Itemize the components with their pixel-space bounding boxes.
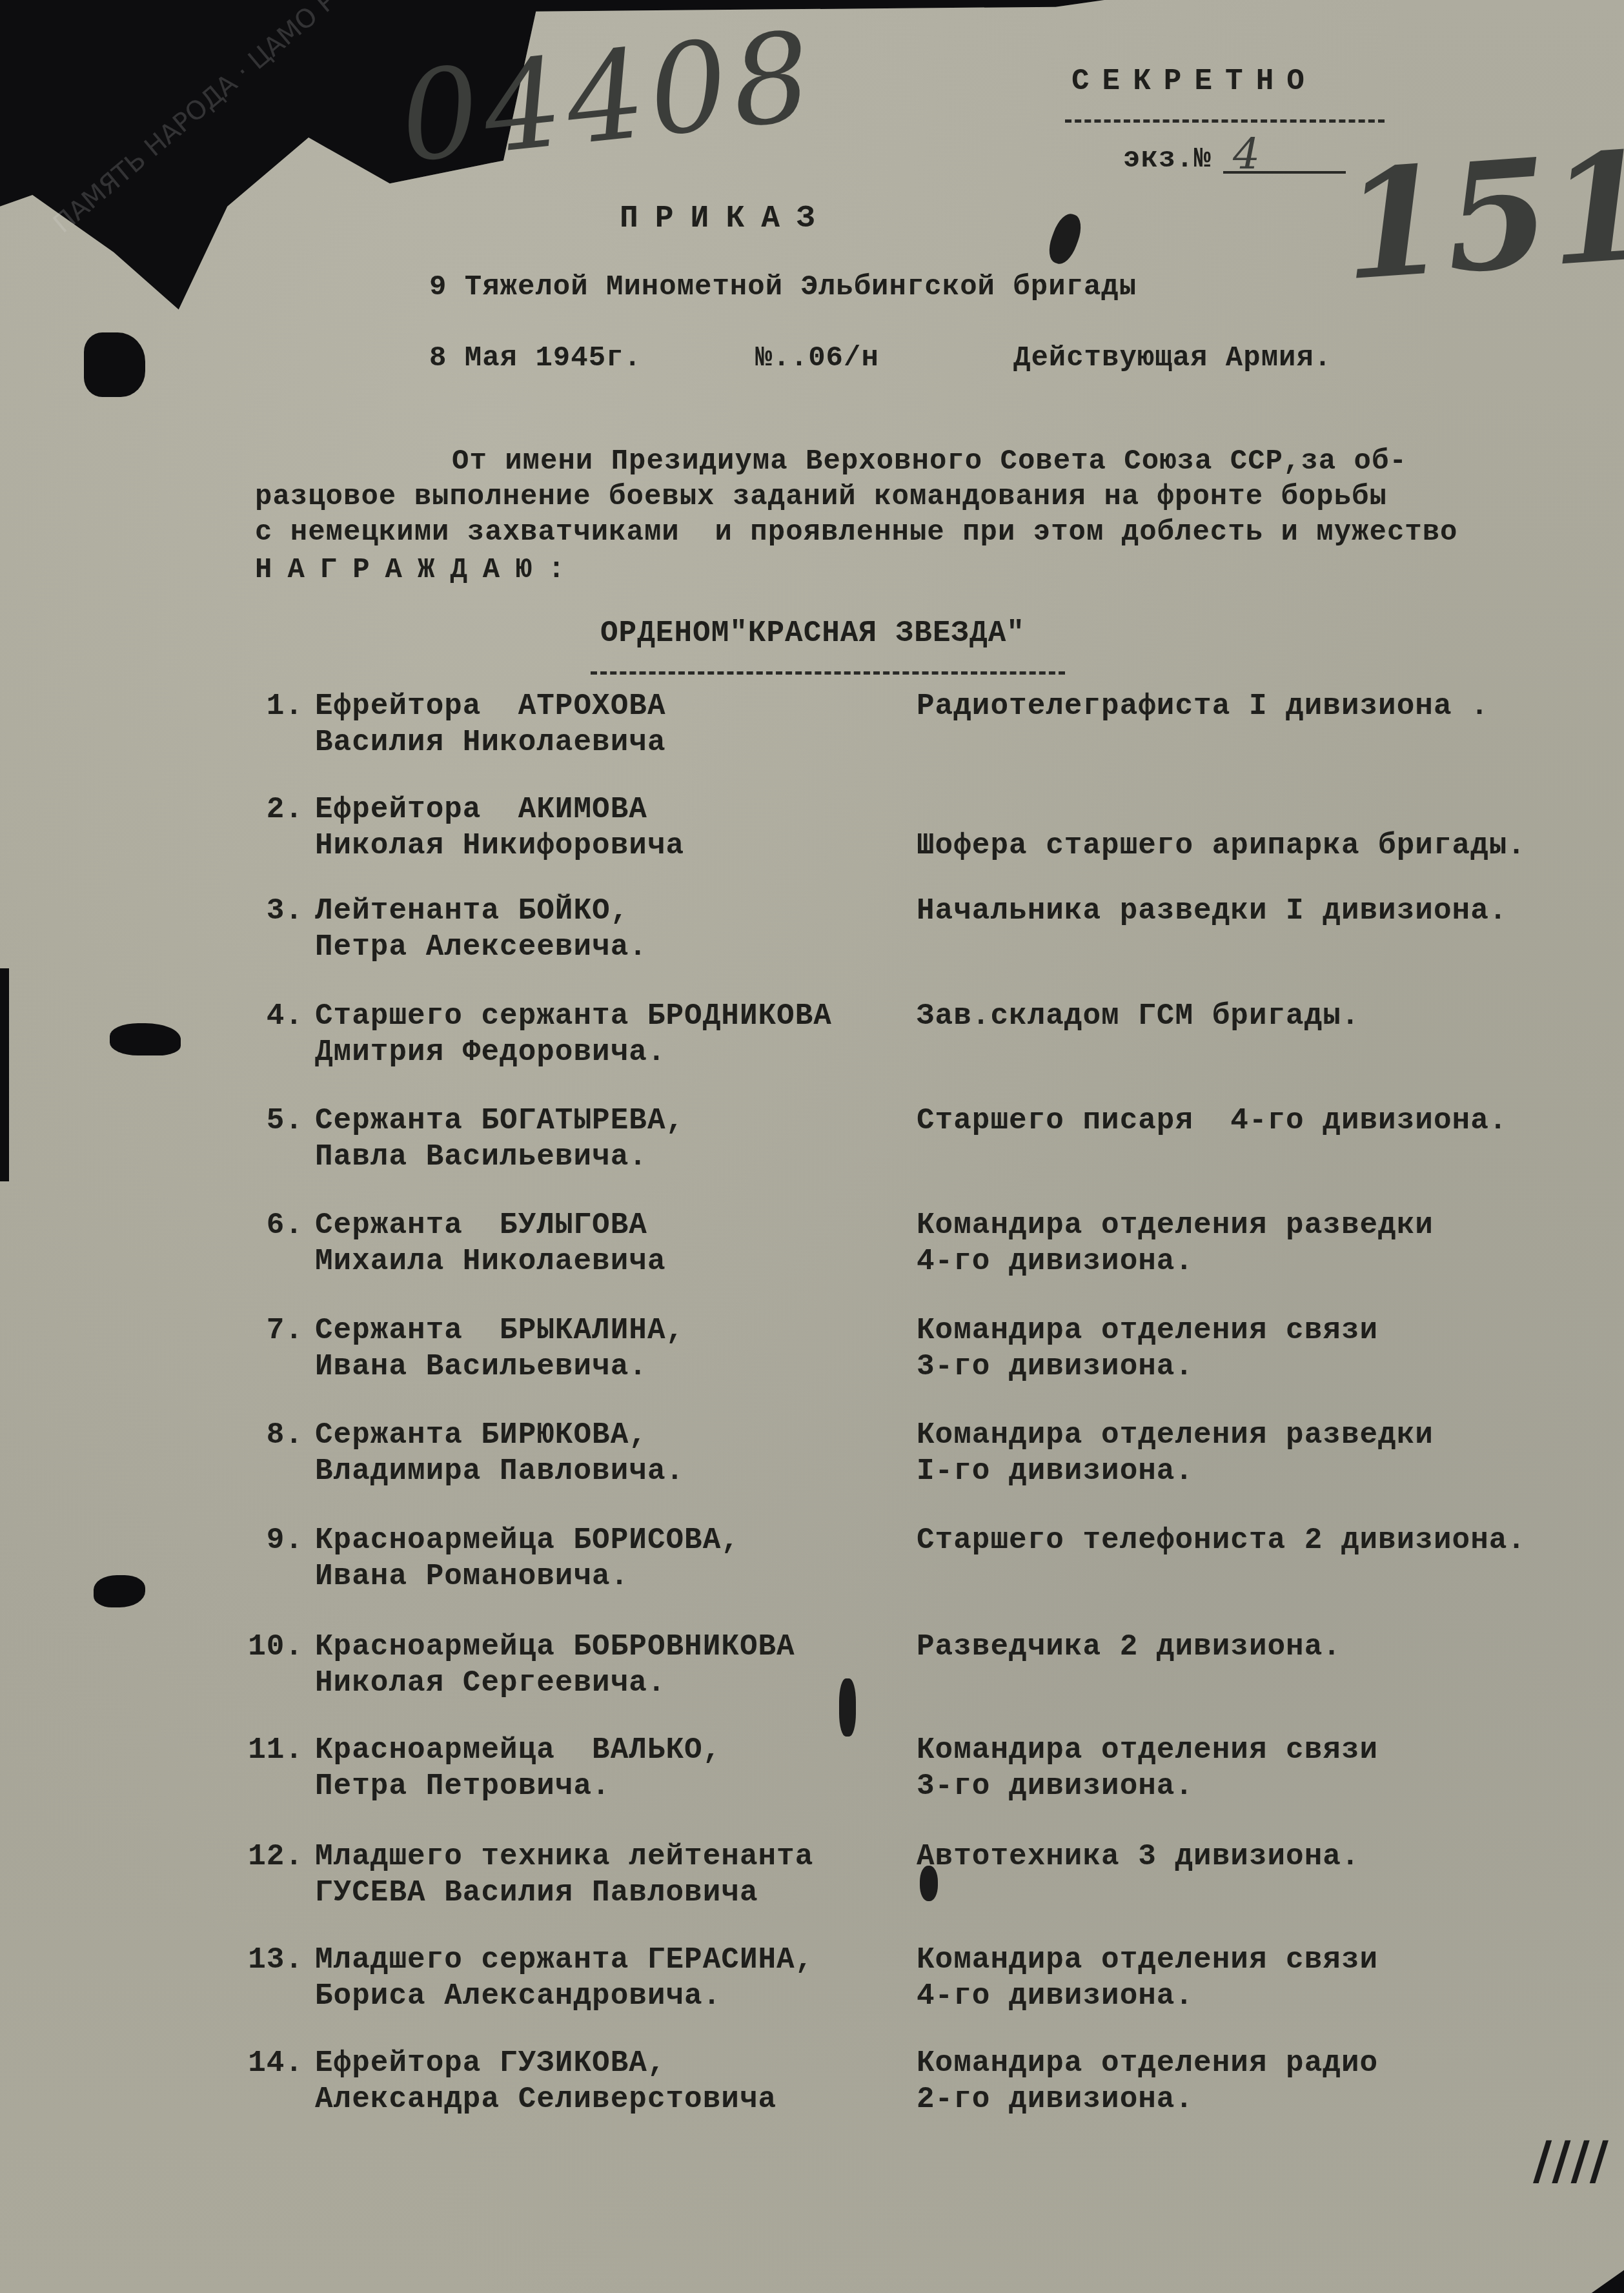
item-number: 11. (232, 1733, 303, 1767)
list-item: 9. Красноармейца БОРИСОВА, Ивана Романов… (0, 1524, 1624, 1601)
paper-hole-left-1 (84, 332, 145, 397)
awardee-position: Командира отделения разведки (917, 1208, 1434, 1242)
awardee-rank-surname: Младшего сержанта ГЕРАСИНА, (315, 1943, 813, 1977)
awardee-given-names: Петра Алексеевича. (315, 930, 647, 964)
awardee-position: Радиотелеграфиста I дивизиона . (917, 689, 1489, 723)
item-number: 4. (232, 999, 303, 1033)
list-item: 7. Сержанта БРЫКАЛИНА, Ивана Васильевича… (0, 1314, 1624, 1391)
paper-hole-top-left (0, 0, 213, 90)
award-heading: ОРДЕНОМ"КРАСНАЯ ЗВЕЗДА" (600, 617, 1025, 650)
awardee-given-names: Петра Петровича. (315, 1769, 611, 1803)
awardee-rank-surname: Ефрейтора АТРОХОВА (315, 689, 666, 723)
list-item: 14. Ефрейтора ГУЗИКОВА, Александра Селив… (0, 2046, 1624, 2124)
copy-label: экз.№ (1123, 143, 1212, 176)
preamble-line-3: с немецкими захватчиками и проявленные п… (255, 516, 1458, 549)
awardee-position: Старшего телефониста 2 дивизиона. (917, 1524, 1526, 1557)
awardee-position: Командира отделения связи (917, 1733, 1378, 1767)
item-number: 2. (232, 793, 303, 826)
classification-divider (1065, 119, 1385, 123)
list-item: 2. Ефрейтора АКИМОВА Николая Никифорович… (0, 793, 1624, 870)
item-number: 3. (232, 894, 303, 928)
awardee-given-names: Павла Васильевича. (315, 1140, 647, 1174)
awardee-rank-surname: Лейтенанта БОЙКО, (315, 894, 629, 928)
list-item: 6. Сержанта БУЛЫГОВА Михаила Николаевича… (0, 1208, 1624, 1286)
item-number: 7. (232, 1314, 303, 1347)
awardee-position: Командира отделения связи (917, 1314, 1378, 1347)
awardee-rank-surname: Сержанта БИРЮКОВА, (315, 1418, 647, 1452)
order-title: ПРИКАЗ (620, 201, 832, 236)
awardee-given-names: Бориса Александровича. (315, 1979, 721, 2013)
list-item: 3. Лейтенанта БОЙКО, Петра Алексеевича. … (0, 894, 1624, 972)
order-date: 8 Мая 1945г. (429, 342, 642, 374)
awardee-given-names: Дмитрия Федоровича. (315, 1035, 666, 1069)
awardee-position-cont: 2-го дивизиона. (917, 2083, 1193, 2116)
awardee-position-cont: 3-го дивизиона. (917, 1769, 1193, 1803)
awardee-position: Начальника разведки I дивизиона. (917, 894, 1507, 928)
list-item: 5. Сержанта БОГАТЫРЕВА, Павла Васильевич… (0, 1104, 1624, 1181)
item-number: 1. (232, 689, 303, 723)
awardee-given-names: Михаила Николаевича (315, 1245, 666, 1278)
list-item: 1. Ефрейтора АТРОХОВА Василия Николаевич… (0, 689, 1624, 767)
awardee-position: Командира отделения радио (917, 2046, 1378, 2080)
awardee-rank-surname: Ефрейтора АКИМОВА (315, 793, 647, 826)
tally-mark: //// (1533, 2130, 1609, 2191)
item-number: 13. (232, 1943, 303, 1977)
awardee-position: Командира отделения разведки (917, 1418, 1434, 1452)
awardee-position-cont: 4-го дивизиона. (917, 1245, 1193, 1278)
awardee-given-names: Николая Сергеевича. (315, 1666, 666, 1700)
awardee-given-names: Николая Никифоровича (315, 829, 684, 862)
item-number: 10. (232, 1630, 303, 1664)
list-item: 10. Красноармейца БОБРОВНИКОВА Николая С… (0, 1630, 1624, 1707)
classification-label: СЕКРЕТНО (1071, 65, 1317, 98)
awardee-given-names: Ивана Васильевича. (315, 1350, 647, 1383)
awardee-rank-surname: Красноармейца ВАЛЬКО, (315, 1733, 721, 1767)
awardee-position-cont: 3-го дивизиона. (917, 1350, 1193, 1383)
awardee-rank-surname: Сержанта БУЛЫГОВА (315, 1208, 647, 1242)
unit-name: 9 Тяжелой Минометной Эльбингской бригады (429, 271, 1137, 303)
copy-number-underline (1223, 171, 1346, 174)
item-number: 6. (232, 1208, 303, 1242)
awardee-rank-surname: Сержанта БОГАТЫРЕВА, (315, 1104, 684, 1137)
preamble-line-1: От имени Президиума Верховного Совета Со… (452, 445, 1407, 478)
awardee-rank-surname: Красноармейца БОРИСОВА, (315, 1524, 740, 1557)
awardee-given-names: Василия Николаевича (315, 726, 666, 759)
award-heading-underline (591, 671, 1065, 675)
awardee-position-cont: Шофера старшего арипарка бригады. (917, 829, 1526, 862)
awardee-given-names: Александра Селиверстовича (315, 2083, 776, 2116)
awardee-position-cont: I-го дивизиона. (917, 1454, 1193, 1488)
awardee-rank-surname: Сержанта БРЫКАЛИНА, (315, 1314, 684, 1347)
list-item: 12. Младшего техника лейтенанта ГУСЕВА В… (0, 1840, 1624, 1917)
order-number: №..06/н (755, 342, 879, 374)
list-item: 8. Сержанта БИРЮКОВА, Владимира Павлович… (0, 1418, 1624, 1496)
list-item: 13. Младшего сержанта ГЕРАСИНА, Бориса А… (0, 1943, 1624, 2021)
preamble-line-2: разцовое выполнение боевых заданий коман… (255, 481, 1387, 513)
item-number: 5. (232, 1104, 303, 1137)
award-verb: НАГРАЖДАЮ: (255, 554, 580, 586)
awardee-position: Разведчика 2 дивизиона. (917, 1630, 1341, 1664)
item-number: 12. (232, 1840, 303, 1873)
awardee-given-names: Ивана Романовича. (315, 1560, 629, 1593)
handwritten-sheet-number: 151 (1337, 119, 1624, 314)
order-location: Действующая Армия. (1013, 342, 1332, 374)
awardee-rank-surname: Старшего сержанта БРОДНИКОВА (315, 999, 832, 1033)
awardee-rank-surname: Ефрейтора ГУЗИКОВА, (315, 2046, 666, 2080)
awardee-position: Старшего писаря 4-го дивизиона. (917, 1104, 1507, 1137)
awardee-position-cont: 4-го дивизиона. (917, 1979, 1193, 2013)
awardee-given-names: Владимира Павловича. (315, 1454, 684, 1488)
awardee-position: Командира отделения связи (917, 1943, 1378, 1977)
list-item: 11. Красноармейца ВАЛЬКО, Петра Петрович… (0, 1733, 1624, 1811)
awardee-given-names: ГУСЕВА Василия Павловича (315, 1876, 758, 1910)
awardee-position: Автотехника 3 дивизиона. (917, 1840, 1360, 1873)
item-number: 14. (232, 2046, 303, 2080)
awardee-rank-surname: Младшего техника лейтенанта (315, 1840, 813, 1873)
awardee-position: Зав.складом ГСМ бригады. (917, 999, 1360, 1033)
item-number: 9. (232, 1524, 303, 1557)
awardee-rank-surname: Красноармейца БОБРОВНИКОВА (315, 1630, 795, 1664)
list-item: 4. Старшего сержанта БРОДНИКОВА Дмитрия … (0, 999, 1624, 1077)
item-number: 8. (232, 1418, 303, 1452)
